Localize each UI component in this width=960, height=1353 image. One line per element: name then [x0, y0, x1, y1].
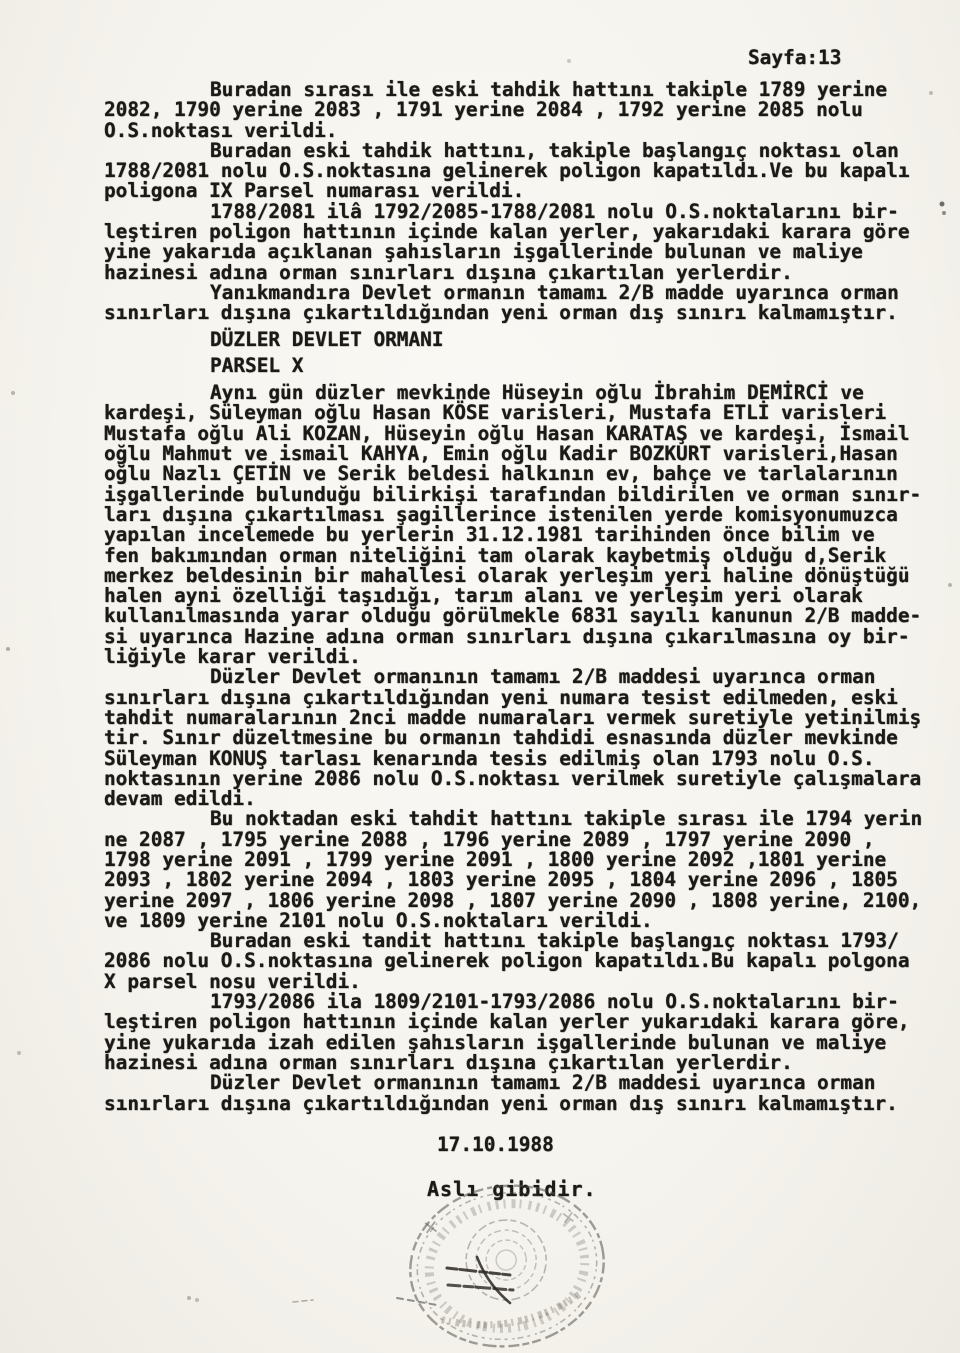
text-line: 1788/2081 nolu O.S.noktasına gelinerek p… — [104, 161, 944, 181]
text-line: X parsel nosu verildi. — [104, 972, 944, 992]
text-line: O.S.noktası verildi. — [104, 121, 944, 141]
scan-artifacts — [0, 0, 2, 2]
signature-strokes — [293, 1257, 513, 1305]
text-line: 1788/2081 ilâ 1792/2085-1788/2081 nolu O… — [104, 202, 944, 222]
text-line: sınırları dışına çıkartıldığından yeni o… — [104, 303, 944, 323]
text-line: oğlu Nazlı ÇETİN ve Serik beldesi halkın… — [104, 464, 944, 484]
text-line: si uyarınca Hazine adına orman sınırları… — [104, 627, 944, 647]
text-line: leştiren poligon hattının içinde kalan y… — [104, 222, 944, 242]
scanned-document-page: Sayfa:13 Buradan sırası ile eski tahdik … — [0, 0, 960, 1353]
text-line: 1798 yerine 2091 , 1799 yerine 2091 , 18… — [104, 850, 944, 870]
text-line: Düzler Devlet ormanının tamamı 2/B madde… — [104, 1073, 944, 1093]
official-round-stamp — [270, 1180, 620, 1353]
text-line: Düzler Devlet ormanının tamamı 2/B madde… — [104, 667, 944, 687]
text-line: 2086 nolu O.S.noktasına gelinerek poligo… — [104, 951, 944, 971]
text-line: Buradan eski tandit hattını takiple başl… — [104, 931, 944, 951]
document-text: Buradan sırası ile eski tahdik hattını t… — [104, 80, 944, 1114]
text-line: tahdit numaralarının 2nci madde numarala… — [104, 708, 944, 728]
text-line: poligona IX Parsel numarası verildi. — [104, 181, 944, 201]
text-line: işgallerinde bulunduğu bilirkişi tarafın… — [104, 485, 944, 505]
text-line: sınırları dışına çıkartıldığından yeni o… — [104, 1094, 944, 1114]
text-line: ve 1809 yerine 2101 nolu O.S.noktaları v… — [104, 911, 944, 931]
text-line: Mustafa oğlu Ali KOZAN, Hüseyin oğlu Has… — [104, 424, 944, 444]
document-date: 17.10.1988 — [437, 1133, 554, 1156]
text-line: Buradan sırası ile eski tahdik hattını t… — [104, 80, 944, 100]
text-line: yine yukarıda izah edilen şahısların işg… — [104, 1033, 944, 1053]
text-line: noktasının yerine 2086 nolu O.S.noktası … — [104, 769, 944, 789]
text-line: halen ayni özelliği taşıdığı, tarım alan… — [104, 586, 944, 606]
round-seal-icon — [400, 1180, 614, 1353]
text-line: ları dışına çıkartılması şagillerince is… — [104, 505, 944, 525]
text-line: hazinesi adına orman sınırları dışına çı… — [104, 263, 944, 283]
text-line: Buradan eski tahdik hattını, takiple baş… — [104, 141, 944, 161]
text-line: tir. Sınır düzeltmesine bu ormanın tahdi… — [104, 728, 944, 748]
text-line: liğiyle karar verildi. — [104, 647, 944, 667]
text-line: Yanıkmandıra Devlet ormanın tamamı 2/B m… — [104, 283, 944, 303]
text-line: yerine 2097 , 1806 yerine 2098 , 1807 ye… — [104, 891, 944, 911]
text-line: 1793/2086 ila 1809/2101-1793/2086 nolu O… — [104, 992, 944, 1012]
text-line: leştiren poligon hattının içinde kalan y… — [104, 1012, 944, 1032]
text-line: kullanılmasında yarar olduğu görülmekle … — [104, 606, 944, 626]
text-line: yapılan incelemede bu yerlerin 31.12.198… — [104, 525, 944, 545]
text-line: yine yakarıda açıklanan şahısların işgal… — [104, 242, 944, 262]
text-line: fen bakımından orman niteliğini tam olar… — [104, 546, 944, 566]
text-line: Süleyman KONUŞ tarlası kenarında tesis e… — [104, 749, 944, 769]
section-heading: DÜZLER DEVLET ORMANI — [104, 330, 944, 350]
text-line: devam edildi. — [104, 789, 944, 809]
text-line: hazinesi adına orman sınırları dışına çı… — [104, 1053, 944, 1073]
text-line: Bu noktadan eski tahdit hattını takiple … — [104, 809, 944, 829]
section-heading: PARSEL X — [104, 356, 944, 376]
text-line: kardeşi, Süleyman oğlu Hasan KÖSE varisl… — [104, 403, 944, 423]
page-number: Sayfa:13 — [748, 46, 841, 69]
text-line: sınırları dışına çıkartıldığından yeni n… — [104, 688, 944, 708]
text-line: 2093 , 1802 yerine 2094 , 1803 yerine 20… — [104, 870, 944, 890]
text-line: 2082, 1790 yerine 2083 , 1791 yerine 208… — [104, 100, 944, 120]
text-line: merkez beldesinin bir mahallesi olarak y… — [104, 566, 944, 586]
text-line: ne 2087 , 1795 yerine 2088 , 1796 yerine… — [104, 830, 944, 850]
